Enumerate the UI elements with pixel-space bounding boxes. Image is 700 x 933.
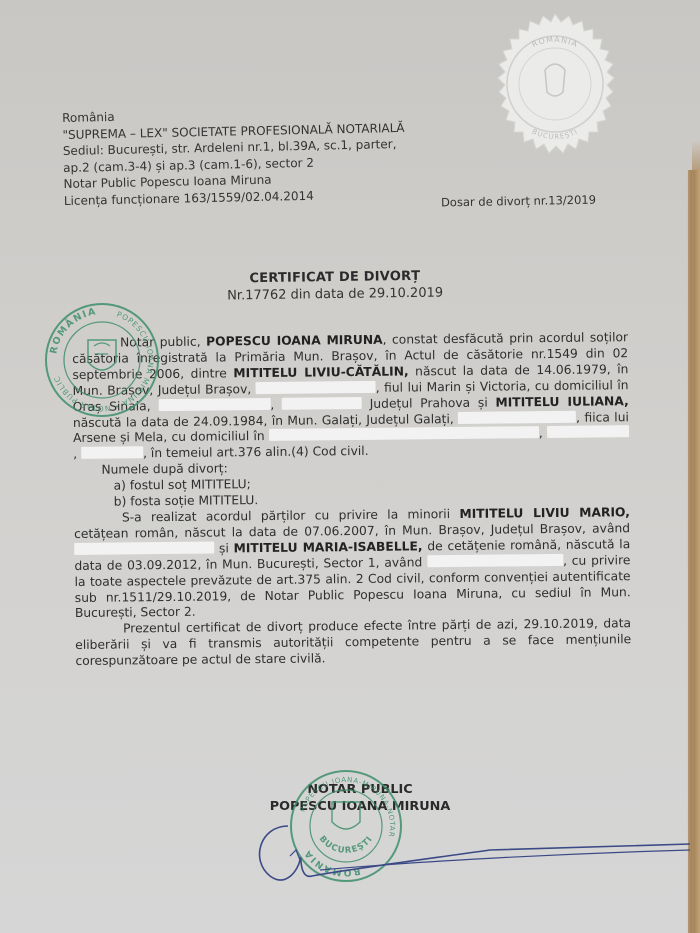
embossed-seal-icon: ROMANIA BUCUREȘTI — [480, 12, 630, 162]
notary-stamp-icon: ROMÂNIA POPESCU IOANA MIRUNA • NOTAR PUB… — [38, 300, 168, 420]
redacted-field — [458, 410, 576, 423]
case-file-number: Dosar de divorț nr.13/2019 — [441, 193, 596, 210]
paragraph-minors: S-a realizat acordul părților cu privire… — [74, 505, 631, 622]
redacted-field — [269, 427, 539, 442]
certificate-number: Nr.17762 din data de 29.10.2019 — [210, 285, 460, 303]
redacted-field — [74, 541, 214, 554]
redacted-field — [427, 554, 563, 567]
paper-edge-shadow — [686, 170, 692, 933]
redacted-field — [158, 398, 270, 411]
redacted-field — [81, 447, 143, 460]
certificate-heading: CERTIFICAT DE DIVORȚ — [210, 268, 460, 286]
redacted-field — [256, 381, 376, 394]
redacted-field — [282, 397, 362, 410]
certificate-title: CERTIFICAT DE DIVORȚ Nr.17762 din data d… — [210, 268, 460, 303]
svg-text:ROMÂNIA: ROMÂNIA — [48, 306, 97, 355]
paragraph-effects: Prezentul certificat de divorț produce e… — [75, 616, 631, 670]
notary-office-header: România "SUPREMA – LEX" SOCIETATE PROFES… — [62, 103, 406, 209]
redacted-field — [547, 426, 629, 439]
handwritten-signature-icon — [250, 820, 690, 900]
